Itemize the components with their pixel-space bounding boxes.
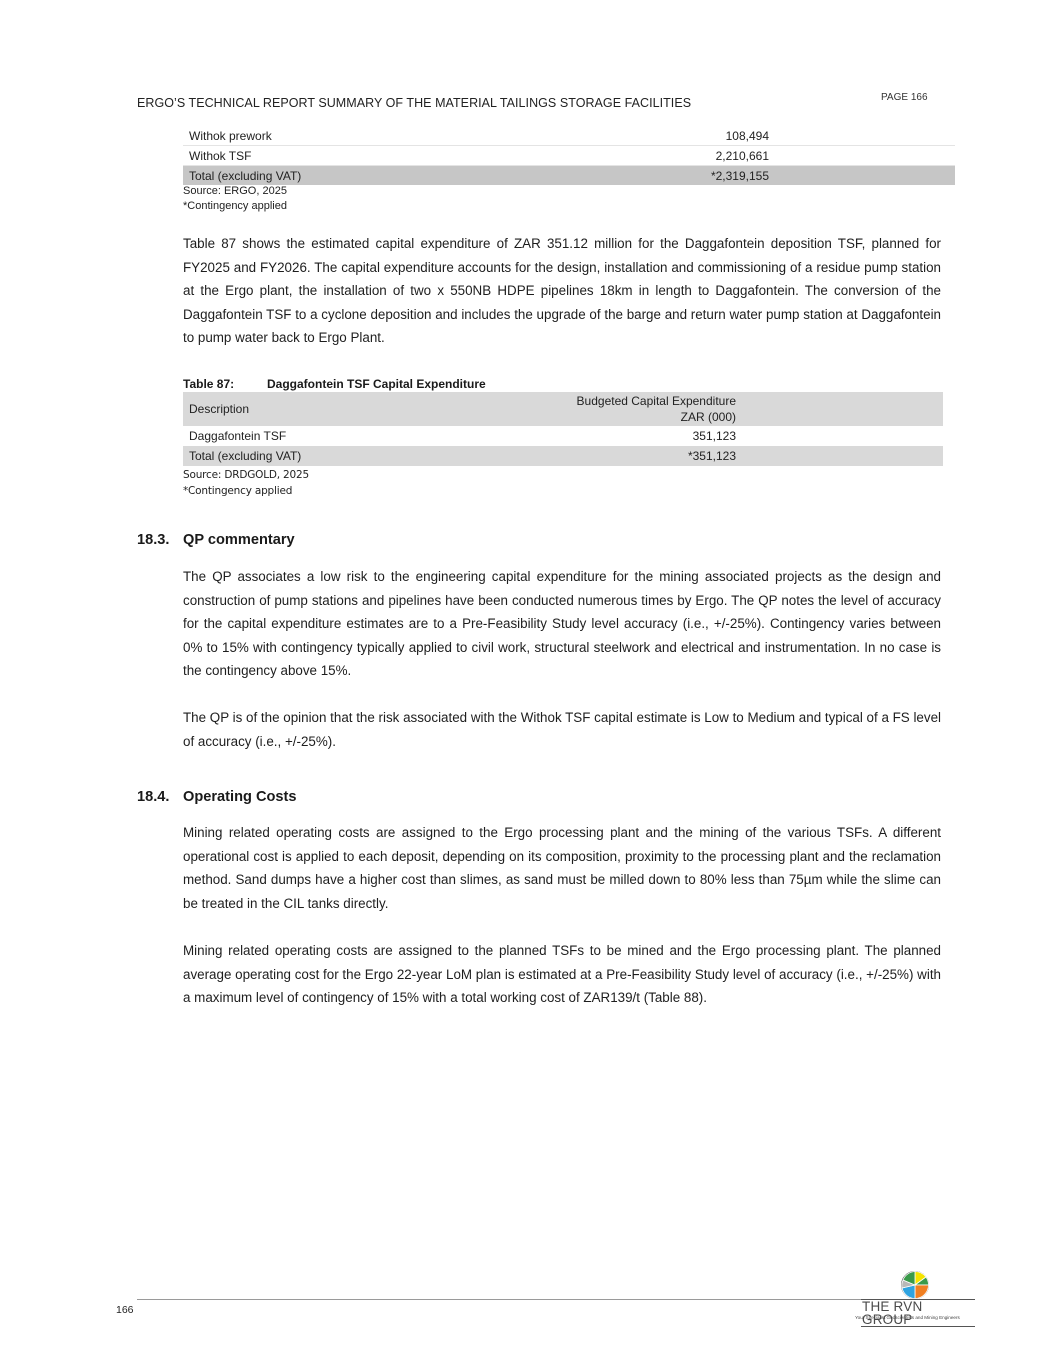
- paragraph-qp-commentary-2: The QP is of the opinion that the risk a…: [183, 706, 941, 753]
- row-description: Withok prework: [183, 126, 563, 146]
- footer-divider: [137, 1299, 967, 1300]
- table87-caption: Table 87:Daggafontein TSF Capital Expend…: [183, 377, 486, 391]
- table-source: Source: ERGO, 2025: [183, 185, 287, 197]
- row-description: Withok TSF: [183, 146, 563, 166]
- table-total-row: Total (excluding VAT) *351,123: [183, 446, 943, 466]
- paragraph-table87-intro: Table 87 shows the estimated capital exp…: [183, 232, 941, 350]
- section-number: 18.4.: [137, 789, 183, 805]
- row-value: 108,494: [563, 126, 769, 146]
- total-value: *351,123: [530, 446, 736, 466]
- paragraph-operating-costs-1: Mining related operating costs are assig…: [183, 821, 941, 915]
- caption-number: Table 87:: [183, 377, 267, 391]
- total-value: *2,319,155: [563, 166, 769, 186]
- row-description: Daggafontein TSF: [183, 426, 530, 446]
- paragraph-operating-costs-2: Mining related operating costs are assig…: [183, 939, 941, 1010]
- section-heading-18-4: 18.4.Operating Costs: [137, 789, 297, 805]
- section-number: 18.3.: [137, 532, 183, 548]
- rvn-group-logo: THE RVN GROUP Your Specialist Geoscienti…: [855, 1268, 975, 1324]
- table-header-row: Description Budgeted Capital Expenditure…: [183, 392, 943, 426]
- row-value: 2,210,661: [563, 146, 769, 166]
- section-title: Operating Costs: [183, 789, 297, 805]
- table-total-row: Total (excluding VAT) *2,319,155: [183, 166, 955, 186]
- header-value-line2: ZAR (000): [536, 409, 736, 425]
- header-value: Budgeted Capital Expenditure ZAR (000): [530, 392, 736, 426]
- logo-tagline: Your Specialist Geoscientists and Mining…: [855, 1315, 960, 1320]
- table-row: Daggafontein TSF 351,123: [183, 426, 943, 446]
- logo-wordmark: THE RVN GROUP: [861, 1299, 975, 1327]
- section-heading-18-3: 18.3.QP commentary: [137, 532, 295, 548]
- table-row: Withok TSF 2,210,661: [183, 146, 955, 166]
- header-description: Description: [183, 392, 530, 426]
- table-note: *Contingency applied: [183, 200, 287, 212]
- total-description: Total (excluding VAT): [183, 166, 563, 186]
- section-title: QP commentary: [183, 532, 295, 548]
- page-label: PAGE 166: [881, 92, 928, 103]
- table87-note: *Contingency applied: [183, 485, 292, 497]
- caption-title: Daggafontein TSF Capital Expenditure: [267, 377, 486, 391]
- rvn-pie-logo-icon: [900, 1270, 930, 1300]
- withok-capex-table-continued: Withok prework 108,494 Withok TSF 2,210,…: [183, 126, 955, 185]
- footer-page-number: 166: [116, 1304, 134, 1316]
- running-header-title: ERGO’S TECHNICAL REPORT SUMMARY OF THE M…: [137, 96, 691, 110]
- table-row: Withok prework 108,494: [183, 126, 955, 146]
- total-description: Total (excluding VAT): [183, 446, 530, 466]
- row-value: 351,123: [530, 426, 736, 446]
- table87-source: Source: DRDGOLD, 2025: [183, 469, 309, 481]
- header-value-line1: Budgeted Capital Expenditure: [536, 393, 736, 409]
- table87-daggafontein-capex: Description Budgeted Capital Expenditure…: [183, 392, 943, 466]
- paragraph-qp-commentary-1: The QP associates a low risk to the engi…: [183, 565, 941, 683]
